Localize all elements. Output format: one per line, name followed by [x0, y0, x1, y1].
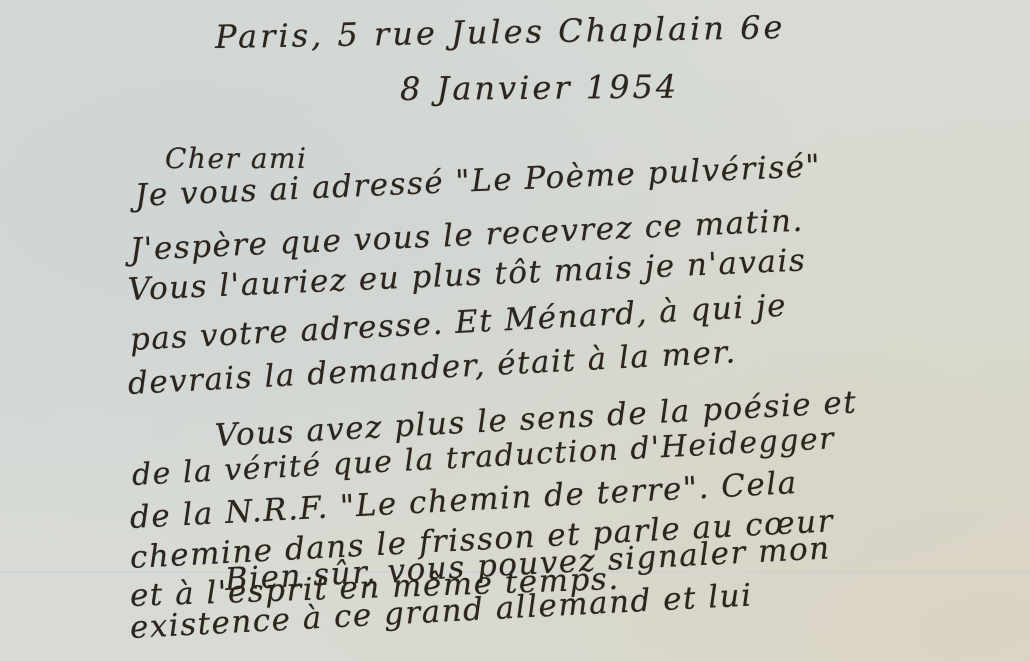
letter-salutation: Cher ami	[165, 142, 308, 175]
letter-address: Paris, 5 rue Jules Chaplain 6e	[215, 8, 786, 56]
letter-date: 8 Janvier 1954	[400, 68, 680, 108]
letter-page: Paris, 5 rue Jules Chaplain 6e 8 Janvier…	[0, 0, 1030, 661]
